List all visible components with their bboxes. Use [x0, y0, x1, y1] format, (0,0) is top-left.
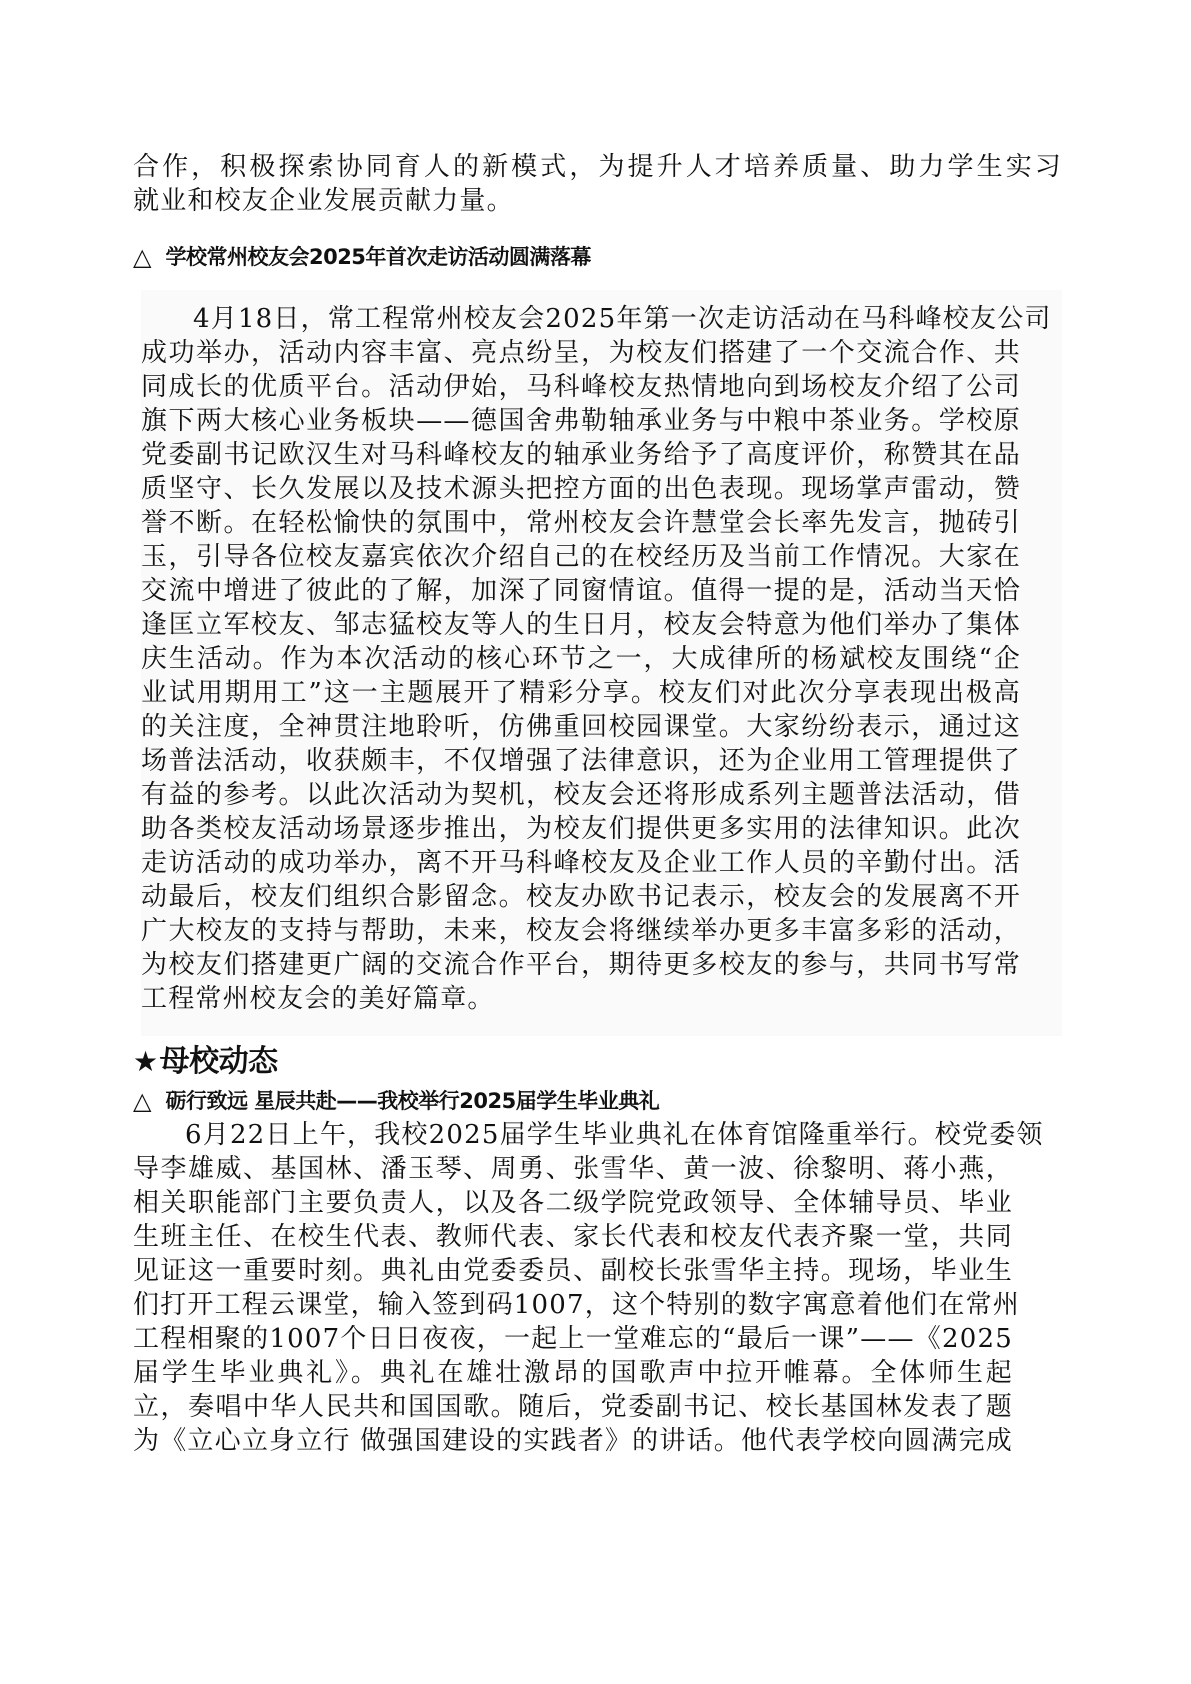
article-1-shaded-box: 4月18日，常工程常州校友会2025年第一次走访活动在马科峰校友公司 成功举办，… [141, 290, 1062, 1036]
text-line: 4月18日，常工程常州校友会2025年第一次走访活动在马科峰校友公司 [141, 302, 1021, 336]
text-line: 誉不断。在轻松愉快的氛围中，常州校友会许慧堂会长率先发言，抛砖引 [141, 506, 1021, 540]
text-line: 动最后，校友们组织合影留念。校友办欧书记表示，校友会的发展离不开 [141, 880, 1021, 914]
text-line: 有益的参考。以此次活动为契机，校友会还将形成系列主题普法活动，借 [141, 778, 1021, 812]
article-1-heading: △ 学校常州校友会2025年首次走访活动圆满落幕 [133, 242, 1062, 272]
article-1-body: 4月18日，常工程常州校友会2025年第一次走访活动在马科峰校友公司 成功举办，… [141, 302, 1021, 1016]
section-title: 母校动态 [160, 1044, 278, 1079]
text-line: 们打开工程云课堂，输入签到码1007，这个特别的数字寓意着他们在常州 [133, 1288, 1013, 1322]
text-line: 届学生毕业典礼》。典礼在雄壮激昂的国歌声中拉开帷幕。全体师生起 [133, 1356, 1013, 1390]
text-line: 走访活动的成功举办，离不开马科峰校友及企业工作人员的辛勤付出。活 [141, 846, 1021, 880]
article-2-heading: △ 砺行致远 星辰共赴——我校举行2025届学生毕业典礼 [133, 1086, 1062, 1116]
text-line: 旗下两大核心业务板块——德国舍弗勒轴承业务与中粮中茶业务。学校原 [141, 404, 1021, 438]
text-line: 相关职能部门主要负责人，以及各二级学院党政领导、全体辅导员、毕业 [133, 1186, 1013, 1220]
text-line: 为《立心立身立行 做强国建设的实践者》的讲话。他代表学校向圆满完成 [133, 1424, 1013, 1458]
triangle-icon: △ [133, 242, 151, 272]
article-2-title: 砺行致远 星辰共赴——我校举行2025届学生毕业典礼 [165, 1086, 659, 1116]
text-line: 同成长的优质平台。活动伊始，马科峰校友热情地向到场校友介绍了公司 [141, 370, 1021, 404]
intro-paragraph: 合作，积极探索协同育人的新模式，为提升人才培养质量、助力学生实习 就业和校友企业… [133, 150, 1062, 218]
text-line: 成功举办，活动内容丰富、亮点纷呈，为校友们搭建了一个交流合作、共 [141, 336, 1021, 370]
triangle-icon: △ [133, 1086, 151, 1116]
star-icon: ★ [133, 1045, 158, 1078]
text-line: 见证这一重要时刻。典礼由党委委员、副校长张雪华主持。现场，毕业生 [133, 1254, 1013, 1288]
text-line: 逢匡立军校友、邹志猛校友等人的生日月，校友会特意为他们举办了集体 [141, 608, 1021, 642]
text-line: 为校友们搭建更广阔的交流合作平台，期待更多校友的参与，共同书写常 [141, 948, 1021, 982]
text-line: 生班主任、在校生代表、教师代表、家长代表和校友代表齐聚一堂，共同 [133, 1220, 1013, 1254]
text-line: 工程相聚的1007个日日夜夜，一起上一堂难忘的“最后一课”——《2025 [133, 1322, 1013, 1356]
text-line: 业试用期用工”这一主题展开了精彩分享。校友们对此次分享表现出极高 [141, 676, 1021, 710]
text-line: 的关注度，全神贯注地聆听，仿佛重回校园课堂。大家纷纷表示，通过这 [141, 710, 1021, 744]
text-line: 就业和校友企业发展贡献力量。 [133, 184, 1062, 218]
section-heading-alma-mater-news: ★母校动态 [133, 1042, 1062, 1082]
text-line: 庆生活动。作为本次活动的核心环节之一，大成律所的杨斌校友围绕“企 [141, 642, 1021, 676]
text-line: 合作，积极探索协同育人的新模式，为提升人才培养质量、助力学生实习 [133, 150, 1062, 184]
article-2-body: 6月22日上午，我校2025届学生毕业典礼在体育馆隆重举行。校党委领 导李雄威、… [133, 1118, 1013, 1458]
text-line: 党委副书记欧汉生对马科峰校友的轴承业务给予了高度评价，称赞其在品 [141, 438, 1021, 472]
text-line: 玉，引导各位校友嘉宾依次介绍自己的在校经历及当前工作情况。大家在 [141, 540, 1021, 574]
text-line: 工程常州校友会的美好篇章。 [141, 982, 1021, 1016]
document-page: 合作，积极探索协同育人的新模式，为提升人才培养质量、助力学生实习 就业和校友企业… [141, 150, 1062, 1458]
text-line: 场普法活动，收获颇丰，不仅增强了法律意识，还为企业用工管理提供了 [141, 744, 1021, 778]
text-line: 导李雄威、基国林、潘玉琴、周勇、张雪华、黄一波、徐黎明、蒋小燕， [133, 1152, 1013, 1186]
text-line: 质坚守、长久发展以及技术源头把控方面的出色表现。现场掌声雷动，赞 [141, 472, 1021, 506]
text-line: 交流中增进了彼此的了解，加深了同窗情谊。值得一提的是，活动当天恰 [141, 574, 1021, 608]
text-line: 助各类校友活动场景逐步推出，为校友们提供更多实用的法律知识。此次 [141, 812, 1021, 846]
text-line: 立，奏唱中华人民共和国国歌。随后，党委副书记、校长基国林发表了题 [133, 1390, 1013, 1424]
text-line: 6月22日上午，我校2025届学生毕业典礼在体育馆隆重举行。校党委领 [133, 1118, 1013, 1152]
article-1-title: 学校常州校友会2025年首次走访活动圆满落幕 [165, 242, 590, 272]
text-line: 广大校友的支持与帮助，未来，校友会将继续举办更多丰富多彩的活动， [141, 914, 1021, 948]
